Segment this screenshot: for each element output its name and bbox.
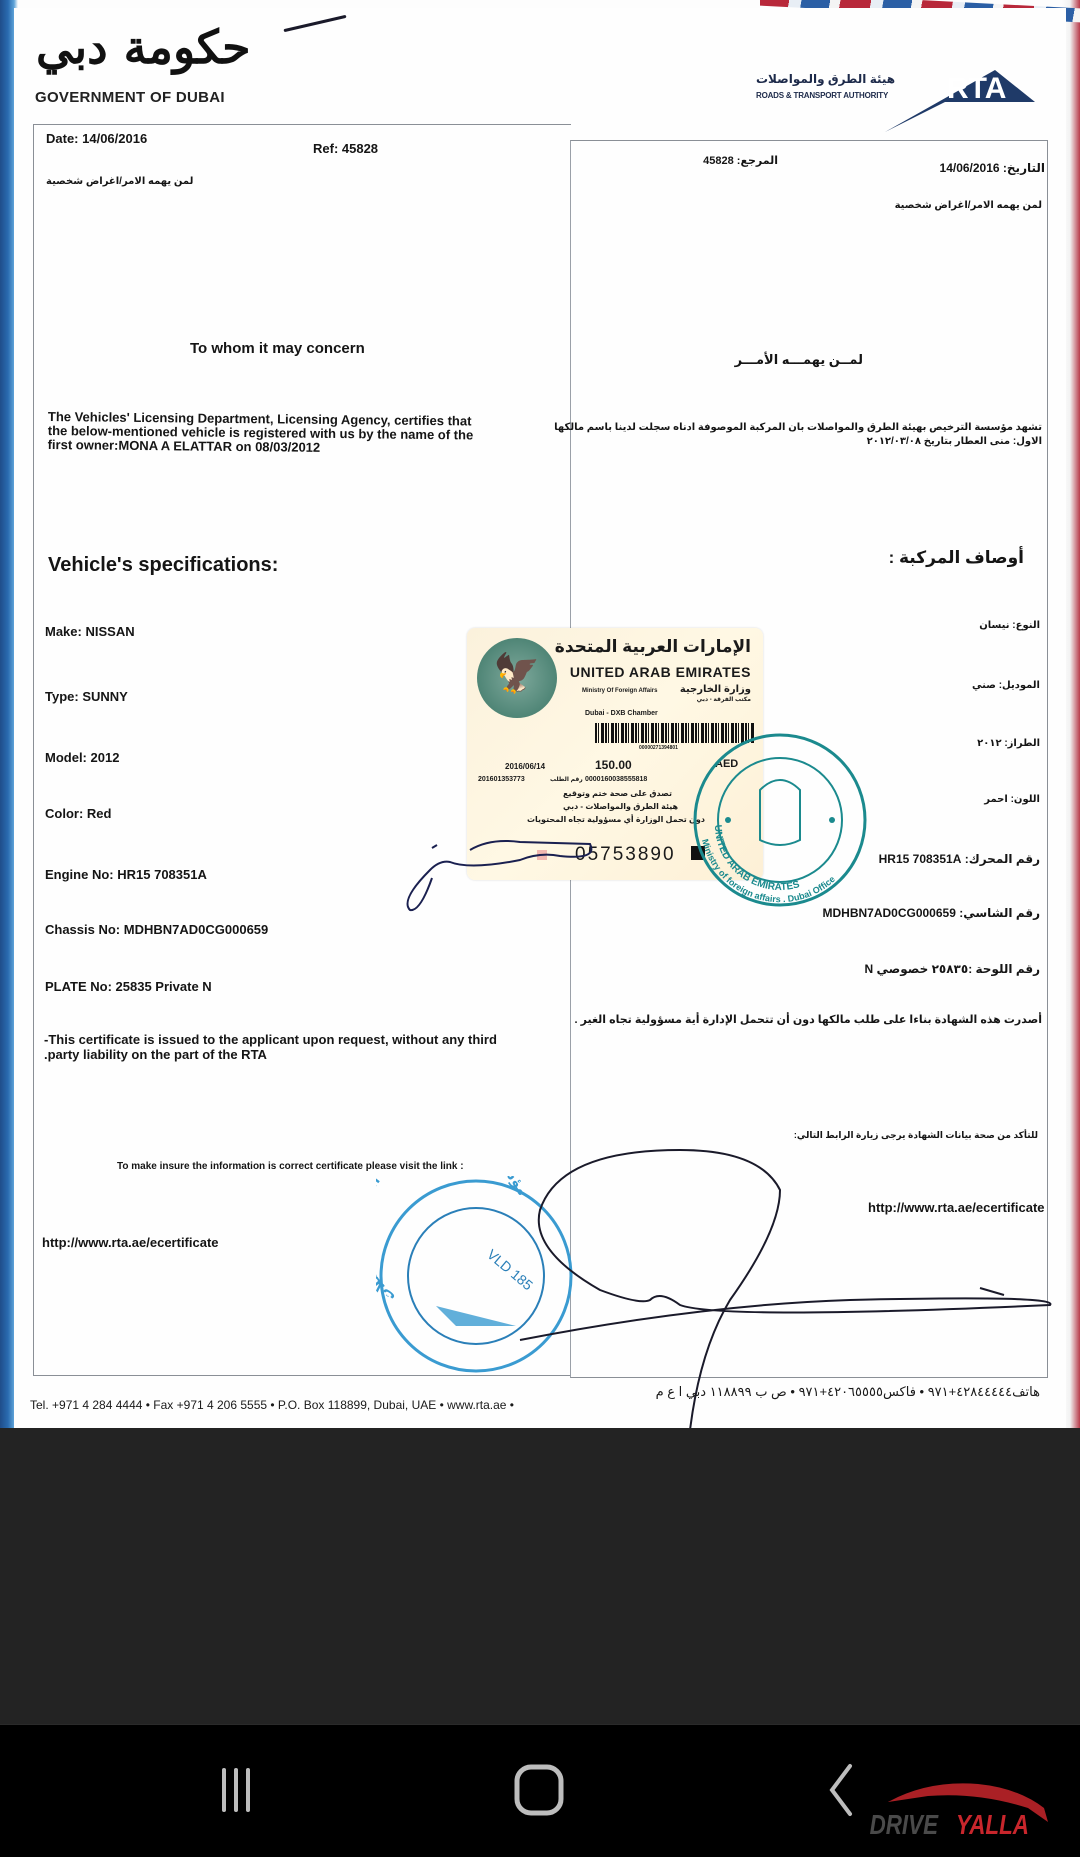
specs-heading: Vehicle's specifications: <box>48 554 278 577</box>
empty-viewer-area <box>0 1428 1080 1724</box>
intro-paragraph-arabic: تشهد مؤسسة الترخيص بهيئة الطرق والمواصلا… <box>554 421 1042 449</box>
ref-label: Ref: 45828 <box>313 141 378 156</box>
sticker-title-english: UNITED ARAB EMIRATES <box>570 664 751 680</box>
spec-item: Chassis No: MDHBN7AD0CG000659 <box>45 922 268 937</box>
rta-licensing-seal-stamp: مؤسسة الترخيص - هيئة الطرق والمواصلات VL… <box>376 1176 576 1376</box>
spec-value: SUNNY <box>82 689 128 704</box>
sticker-ministry-english: Ministry Of Foreign Affairs <box>582 688 657 694</box>
spec-item: Type: SUNNY <box>45 689 128 704</box>
specs-heading-arabic: أوصاف المركبة : <box>889 548 1024 568</box>
spec-value: HR15 708351A <box>117 867 207 882</box>
sticker-attest-line: دون تحمل الوزارة أي مسؤولية تجاه المحتوي… <box>527 815 705 824</box>
home-icon <box>511 1762 567 1818</box>
spec-item: Engine No: HR15 708351A <box>45 867 207 882</box>
date-arabic: التاريخ: 14/06/2016 <box>940 161 1045 175</box>
disclaimer: -This certificate is issued to the appli… <box>44 1032 497 1062</box>
spec-item: Color: Red <box>45 806 111 821</box>
date-label: Date: 14/06/2016 <box>46 131 147 146</box>
rta-seal-text: مؤسسة الترخيص - هيئة الطرق والمواصلات <box>376 1176 531 1305</box>
rta-seal-code: VLD 185 <box>484 1246 536 1293</box>
spec-item-arabic: اللون: احمر <box>984 794 1040 805</box>
spec-label: Engine No: <box>45 867 114 882</box>
contact-english: Tel. +971 4 284 4444 • Fax +971 4 206 55… <box>30 1398 514 1412</box>
intro-line-arabic: تشهد مؤسسة الترخيص بهيئة الطرق والمواصلا… <box>554 421 1042 435</box>
watermark-brand-left: DRIVE <box>870 1810 939 1841</box>
government-of-dubai-logo: GOVERNMENT OF DUBAI <box>35 89 225 106</box>
salutation-arabic: لمــن يهمـــه الأمـــر <box>735 352 863 368</box>
verify-link-arabic[interactable]: http://www.rta.ae/ecertificate <box>868 1200 1045 1215</box>
sticker-receipt-label: رقم الطلب <box>550 776 583 783</box>
spec-value: 25835 Private N <box>116 979 212 994</box>
spec-value: 2012 <box>91 750 120 765</box>
spec-item: Model: 2012 <box>45 750 119 765</box>
spec-item-arabic: رقم المحرك: HR15 708351A <box>879 852 1040 866</box>
recent-apps-icon <box>211 1765 261 1815</box>
contact-arabic: هاتف٤٢٨٤٤٤٤٤+٩٧١ • فاكس٤٢٠٦٥٥٥٥+٩٧١ • ص … <box>656 1384 1040 1400</box>
spec-label: Model: <box>45 750 87 765</box>
verify-link-english[interactable]: http://www.rta.ae/ecertificate <box>42 1235 219 1250</box>
purpose-arabic: لمن يهمه الامر/اغراض شخصية <box>895 200 1042 211</box>
driveyalla-watermark-logo: DRIVE YALLA <box>868 1778 1058 1844</box>
spec-item-arabic: رقم اللوحة :٢٥٨٣٥ خصوصي N <box>864 962 1040 976</box>
spec-item: PLATE No: 25835 Private N <box>45 979 212 994</box>
rta-seal-emblem-icon <box>436 1306 516 1326</box>
disclaimer-arabic: أصدرت هذه الشهادة بناءا على طلب مالكها د… <box>575 1013 1042 1026</box>
sticker-attest-line: هيئة الطرق والمواصلات - دبي <box>563 802 678 811</box>
purpose-arabic-left: لمن يهمه الامر/اغراض شخصية <box>46 176 193 187</box>
spec-item-arabic: النوع: نيسان <box>979 620 1040 631</box>
spec-label: Make: <box>45 624 82 639</box>
sticker-title-arabic: الإمارات العربية المتحدة <box>555 637 751 657</box>
uae-eagle-emblem-icon: 🦅 <box>477 638 557 718</box>
sticker-transaction-no: 0000160038555818 <box>585 776 647 783</box>
government-of-dubai-logo-arabic: حكومة دبي <box>36 20 251 74</box>
spec-label: PLATE No: <box>45 979 112 994</box>
intro-paragraph: The Vehicles' Licensing Department, Lice… <box>48 410 474 456</box>
back-chevron-icon <box>822 1762 862 1818</box>
svg-text:مؤسسة الترخيص - هيئة الطرق وال: مؤسسة الترخيص - هيئة الطرق والمواصلات <box>376 1176 531 1305</box>
intro-line-arabic: الاول: منى العطار بتاريخ ٢٠١٢/٠٣/٠٨ <box>554 435 1042 449</box>
document-photo: حكومة دبي GOVERNMENT OF DUBAI هيئة الطرق… <box>0 0 1080 1428</box>
disclaimer-line: -This certificate is issued to the appli… <box>44 1032 497 1047</box>
mofa-seal-stamp: UNITED ARAB EMIRATES Ministry of foreign… <box>690 730 870 910</box>
rta-name-arabic: هيئة الطرق والمواصلات <box>756 72 895 86</box>
contact-footer: Tel. +971 4 284 4444 • Fax +971 4 206 55… <box>30 1398 1040 1412</box>
watermark-brand-right: YALLA <box>956 1810 1029 1841</box>
sticker-date: 2016/06/14 <box>505 762 545 771</box>
spec-value: NISSAN <box>85 624 134 639</box>
sticker-serial: 05753890 <box>575 844 676 866</box>
salutation: To whom it may concern <box>190 340 365 357</box>
rta-logo-text: RTA <box>947 72 1006 105</box>
spec-value: MDHBN7AD0CG000659 <box>124 922 269 937</box>
back-button[interactable] <box>812 1760 872 1820</box>
barcode-number: 0000027139480​1 <box>639 745 678 751</box>
spec-label: Color: <box>45 806 83 821</box>
home-button[interactable] <box>509 1760 569 1820</box>
sticker-receipt-no: 201601353773 <box>478 776 525 783</box>
sticker-hologram-icon <box>537 850 547 860</box>
eagle-icon <box>760 780 800 845</box>
disclaimer-line: .party liability on the part of the RTA <box>44 1047 497 1062</box>
rta-logo-icon: RTA <box>885 62 1035 134</box>
spec-value: Red <box>87 806 112 821</box>
spec-item: Make: NISSAN <box>45 624 135 639</box>
recent-apps-button[interactable] <box>206 1760 266 1820</box>
rta-name-english: ROADS & TRANSPORT AUTHORITY <box>756 91 888 100</box>
sticker-amount: 150.00 <box>595 758 632 772</box>
verify-instruction-arabic: للتأكد من صحة بيانات الشهادة يرجى زيارة … <box>794 1130 1038 1141</box>
verify-instruction: To make insure the information is correc… <box>117 1161 464 1172</box>
sticker-attest-line: تصدق على صحة ختم وتوقيع <box>563 789 672 798</box>
spec-label: Chassis No: <box>45 922 120 937</box>
spec-item-arabic: الطراز: ٢٠١٢ <box>977 738 1040 749</box>
spec-item-arabic: الموديل: صني <box>972 680 1040 691</box>
ref-arabic: المرجع: 45828 <box>703 154 778 167</box>
sticker-ministry-arabic: وزارة الخارجية <box>680 684 751 695</box>
sticker-office-arabic: مكتب الفرقة - دبي <box>697 696 751 703</box>
spec-label: Type: <box>45 689 79 704</box>
sticker-location: Dubai - DXB Chamber <box>585 710 658 717</box>
